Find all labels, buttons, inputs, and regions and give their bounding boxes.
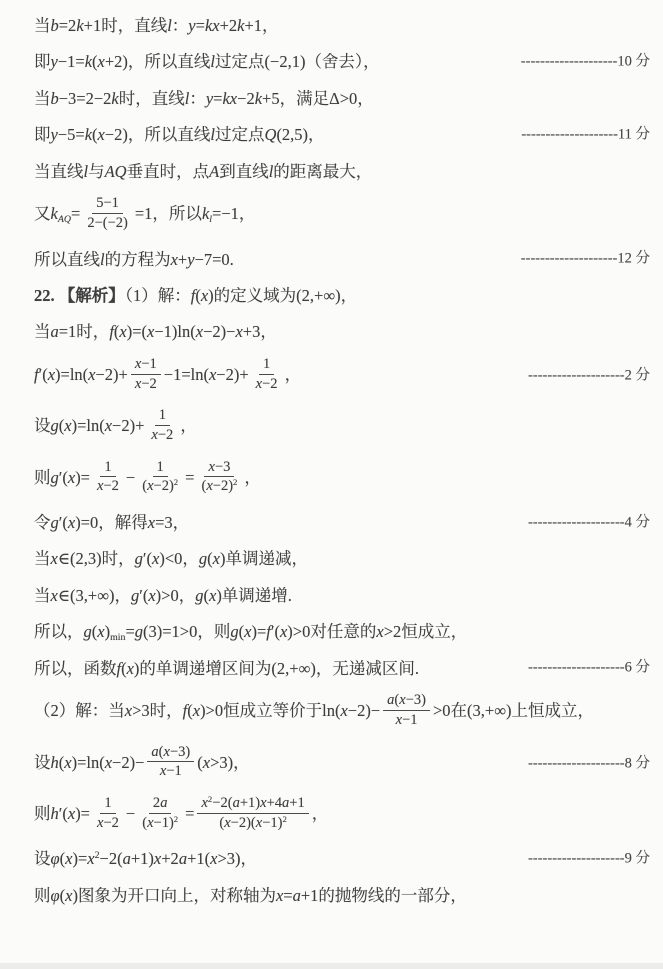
fraction: 1x−2 — [93, 459, 123, 495]
text-run: ， — [285, 365, 302, 384]
fraction-denominator: x−1 — [392, 711, 422, 729]
fraction-numerator: 2a — [149, 795, 172, 814]
text-run: − — [126, 468, 135, 487]
text-run: 当x∈(2,3)时，g′(x)<0，g(x)单调递减， — [34, 549, 308, 568]
text-run: = — [185, 468, 194, 487]
solution-line-18: （2）解：当x>3时，f(x)>0恒成立等价于ln(x−2)−a(x−3)x−1… — [34, 694, 650, 730]
solution-line-10: f′(x)=ln(x−2)+x−1x−2−1=ln(x−2)+1x−2，----… — [34, 358, 650, 394]
text-run: f′(x)=ln(x−2)+ — [34, 365, 128, 384]
fraction-denominator: x−1 — [156, 762, 186, 780]
score-marker: --------------------4 分 — [528, 513, 650, 532]
fraction-denominator: 2−(−2) — [83, 214, 132, 232]
text-run: 设φ(x)=x2−2(a+1)x+2a+1(x>3)， — [34, 849, 257, 868]
fraction-numerator: 1 — [259, 356, 274, 375]
fraction: 1x−2 — [147, 407, 177, 443]
solution-line-2: 即y−1=k(x+2)，所以直线l过定点(−2,1)（舍去），---------… — [34, 51, 650, 72]
fraction-denominator: x−2 — [131, 375, 161, 393]
solution-line-17: 所以，函数f(x)的单调递增区间为(2,+∞)，无递减区间.----------… — [34, 658, 650, 679]
fraction-numerator: x−1 — [131, 356, 161, 375]
text-run: 即y−1=k(x+2)，所以直线l过定点(−2,1)（舍去）， — [34, 52, 380, 71]
score-marker: --------------------10 分 — [521, 53, 650, 72]
text-run: ， — [244, 468, 261, 487]
solution-line-5: 当直线l与AQ垂直时，点A到直线l的距离最大， — [34, 161, 650, 182]
score-marker: --------------------2 分 — [528, 367, 650, 386]
text-run: ， — [180, 416, 197, 435]
page-bottom-edge — [0, 963, 663, 969]
text-run: 当直线l与AQ垂直时，点A到直线l的距离最大， — [34, 162, 372, 181]
fraction-numerator: 1 — [100, 459, 115, 478]
solution-line-12: 则g′(x)=1x−2−1(x−2)2=x−3(x−2)2， — [34, 461, 650, 497]
fraction-numerator: x−3 — [204, 459, 234, 478]
text-run: 所以，g(x)min=g(3)=1>0，则g(x)=f′(x)>0对任意的x>2… — [34, 622, 467, 641]
fraction: a(x−3)x−1 — [147, 744, 194, 780]
fraction-denominator: x−2 — [147, 426, 177, 444]
score-marker: --------------------9 分 — [528, 850, 650, 869]
fraction: a(x−3)x−1 — [383, 692, 430, 728]
score-marker: --------------------6 分 — [528, 659, 650, 678]
solution-line-4: 即y−5=k(x−2)，所以直线l过定点Q(2,5)，-------------… — [34, 124, 650, 145]
score-marker: --------------------11 分 — [521, 126, 650, 145]
fraction-numerator: 1 — [100, 795, 115, 814]
text-run: >0在(3,+∞)上恒成立， — [433, 701, 594, 720]
text-run: =1，所以kl=−1， — [135, 204, 256, 223]
solution-document: 当b=2k+1时，直线l：y=kx+2k+1，即y−1=k(x+2)，所以直线l… — [0, 0, 663, 969]
text-run: 又kAQ= — [34, 204, 80, 223]
text-run: 当x∈(3,+∞)，g′(x)>0，g(x)单调递增. — [34, 586, 292, 605]
fraction: x−3(x−2)2 — [197, 459, 241, 495]
solution-line-3: 当b−3=2−2k时，直线l：y=kx−2k+5，满足Δ>0， — [34, 88, 650, 109]
fraction-numerator: a(x−3) — [147, 744, 194, 763]
solution-line-13: 令g′(x)=0，解得x=3，--------------------4 分 — [34, 512, 650, 533]
text-run: (x>3)， — [197, 753, 249, 772]
fraction-numerator: 5−1 — [92, 195, 123, 214]
fraction-denominator: (x−2)(x−1)2 — [215, 814, 291, 832]
solution-line-14: 当x∈(2,3)时，g′(x)<0，g(x)单调递减， — [34, 548, 650, 569]
solution-line-9: 当a=1时，f(x)=(x−1)ln(x−2)−x+3， — [34, 321, 650, 342]
fraction-numerator: x2−2(a+1)x+4a+1 — [197, 795, 308, 814]
solution-line-22: 则φ(x)图象为开口向上，对称轴为x=a+1的抛物线的一部分， — [34, 885, 650, 906]
solution-line-11: 设g(x)=ln(x−2)+1x−2， — [34, 409, 650, 445]
text-run: 当b−3=2−2k时，直线l：y=kx−2k+5，满足Δ>0， — [34, 89, 374, 108]
text-run: 设g(x)=ln(x−2)+ — [34, 416, 144, 435]
solution-line-15: 当x∈(3,+∞)，g′(x)>0，g(x)单调递增. — [34, 585, 650, 606]
text-run: − — [126, 804, 135, 823]
fraction: 1(x−2)2 — [138, 459, 182, 495]
fraction-numerator: 1 — [155, 407, 170, 426]
fraction-denominator: x−2 — [252, 375, 282, 393]
solution-line-16: 所以，g(x)min=g(3)=1>0，则g(x)=f′(x)>0对任意的x>2… — [34, 621, 650, 642]
text-run: 则φ(x)图象为开口向上，对称轴为x=a+1的抛物线的一部分， — [34, 886, 467, 905]
text-run: ， — [312, 804, 329, 823]
fraction: x−1x−2 — [131, 356, 161, 392]
text-run: 令g′(x)=0，解得x=3， — [34, 513, 189, 532]
text-run: 即y−5=k(x−2)，所以直线l过定点Q(2,5)， — [34, 125, 325, 144]
fraction: 1x−2 — [252, 356, 282, 392]
fraction-denominator: (x−2)2 — [138, 477, 182, 495]
solution-line-19: 设h(x)=ln(x−2)−a(x−3)x−1(x>3)，-----------… — [34, 746, 650, 782]
fraction-denominator: x−2 — [93, 814, 123, 832]
solution-line-1: 当b=2k+1时，直线l：y=kx+2k+1， — [34, 15, 650, 36]
fraction-denominator: (x−1)2 — [138, 814, 182, 832]
text-run: −1=ln(x−2)+ — [164, 365, 249, 384]
solution-line-7: 所以直线l的方程为x+y−7=0.--------------------12 … — [34, 249, 650, 270]
fraction: 2a(x−1)2 — [138, 795, 182, 831]
score-marker: --------------------12 分 — [521, 250, 650, 269]
solution-line-6: 又kAQ=5−12−(−2)=1，所以kl=−1， — [34, 197, 650, 233]
fraction: x2−2(a+1)x+4a+1(x−2)(x−1)2 — [197, 795, 308, 831]
score-marker: --------------------8 分 — [528, 754, 650, 773]
text-run: 所以，函数f(x)的单调递增区间为(2,+∞)，无递减区间. — [34, 659, 419, 678]
solution-line-20: 则h′(x)=1x−2−2a(x−1)2=x2−2(a+1)x+4a+1(x−2… — [34, 797, 650, 833]
fraction-numerator: a(x−3) — [383, 692, 430, 711]
text-run: 当a=1时，f(x)=(x−1)ln(x−2)−x+3， — [34, 322, 277, 341]
solution-line-8: 22. 【解析】（1）解：f(x)的定义域为(2,+∞)， — [34, 285, 650, 306]
text-run: = — [185, 804, 194, 823]
text-run: 则g′(x)= — [34, 468, 90, 487]
text-run: 22. 【解析】（1）解：f(x)的定义域为(2,+∞)， — [34, 286, 357, 305]
solution-line-21: 设φ(x)=x2−2(a+1)x+2a+1(x>3)，-------------… — [34, 848, 650, 869]
fraction: 5−12−(−2) — [83, 195, 132, 231]
fraction: 1x−2 — [93, 795, 123, 831]
text-run: 当b=2k+1时，直线l：y=kx+2k+1， — [34, 16, 279, 35]
fraction-numerator: 1 — [153, 459, 168, 478]
text-run: 则h′(x)= — [34, 804, 90, 823]
fraction-denominator: x−2 — [93, 477, 123, 495]
fraction-denominator: (x−2)2 — [197, 477, 241, 495]
text-run: 设h(x)=ln(x−2)− — [34, 753, 144, 772]
text-run: （2）解：当x>3时，f(x)>0恒成立等价于ln(x−2)− — [34, 701, 380, 720]
text-run: 所以直线l的方程为x+y−7=0. — [34, 250, 234, 269]
